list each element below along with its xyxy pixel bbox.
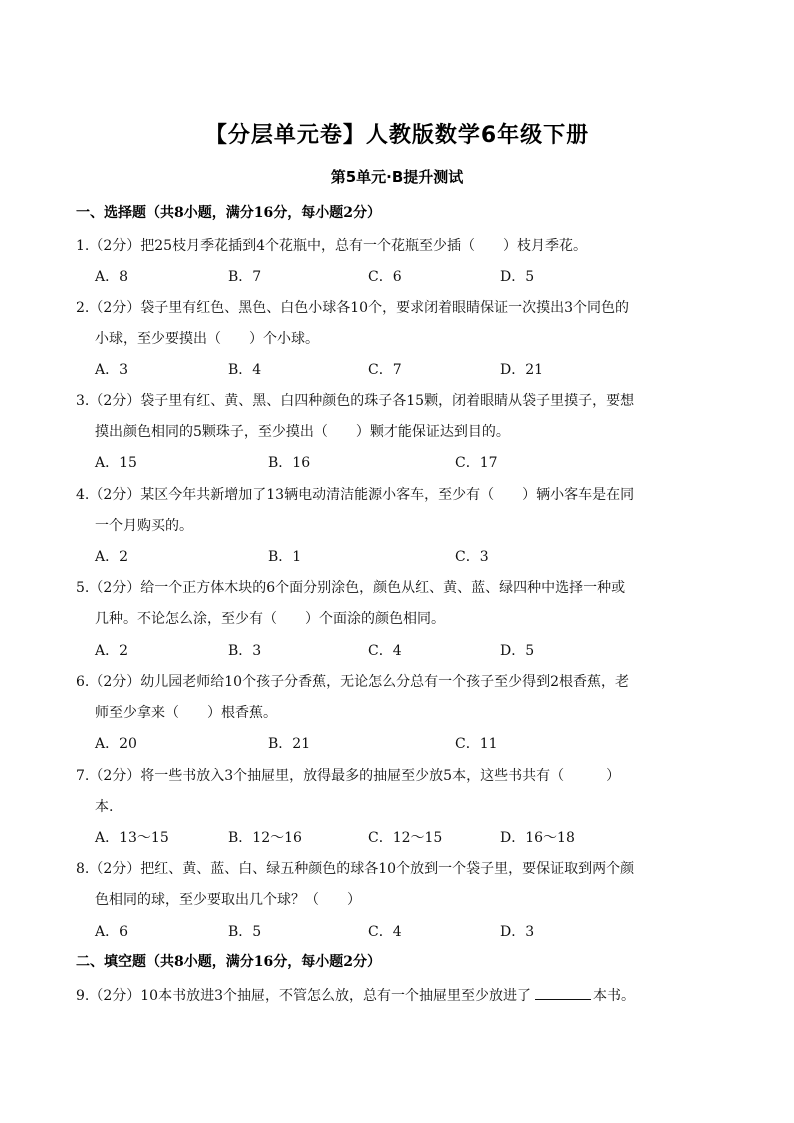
- question-5-text: 5.（2分）给一个正方体木块的6个面分别涂色，颜色从红、黄、蓝、绿四种中选择一种…: [76, 577, 625, 597]
- section-heading-fill-blank: 二、填空题（共8小题，满分16分，每小题2分）: [76, 951, 381, 971]
- q7-option-a[interactable]: A．13～15: [95, 827, 169, 847]
- question-9-suffix: 本书。: [593, 988, 635, 1004]
- q4-option-b[interactable]: B．1: [268, 546, 301, 566]
- q2-option-c[interactable]: C．7: [368, 359, 402, 379]
- q6-option-a[interactable]: A．20: [95, 733, 137, 753]
- answer-blank[interactable]: [535, 985, 591, 1000]
- q2-option-a[interactable]: A．3: [95, 359, 128, 379]
- question-2-text: 2.（2分）袋子里有红色、黑色、白色小球各10个，要求闭着眼睛保证一次摸出3个同…: [76, 297, 629, 317]
- q5-option-c[interactable]: C．4: [368, 640, 402, 660]
- question-5-text-cont: 几种。不论怎么涂，至少有（ ）个面涂的颜色相同。: [95, 608, 445, 628]
- q7-option-c[interactable]: C．12～15: [368, 827, 442, 847]
- question-7-text-cont: 本.: [95, 796, 113, 816]
- question-7-text: 7.（2分）将一些书放入3个抽屉里，放得最多的抽屉至少放5本，这些书共有（ ）: [76, 765, 620, 785]
- q7-option-d[interactable]: D．16～18: [500, 827, 575, 847]
- q8-option-c[interactable]: C．4: [368, 921, 402, 941]
- q6-option-c[interactable]: C．11: [455, 733, 498, 753]
- question-4-text: 4.（2分）某区今年共新增加了13辆电动清洁能源小客车，至少有（ ）辆小客车是在…: [76, 484, 634, 504]
- q1-option-c[interactable]: C．6: [368, 266, 402, 286]
- question-3-text-cont: 摸出颜色相同的5颗珠子，至少摸出（ ）颗才能保证达到目的。: [95, 421, 510, 441]
- q2-option-b[interactable]: B．4: [228, 359, 261, 379]
- q1-option-b[interactable]: B．7: [228, 266, 261, 286]
- q3-option-b[interactable]: B．16: [268, 452, 310, 472]
- q1-option-a[interactable]: A．8: [95, 266, 128, 286]
- question-9-text: 9.（2分）10本书放进3个抽屉，不管怎么放，总有一个抽屉里至少放进了: [76, 988, 531, 1004]
- q1-option-d[interactable]: D．5: [500, 266, 534, 286]
- question-1-text: 1.（2分）把25枝月季花插到4个花瓶中，总有一个花瓶至少插（ ）枝月季花。: [76, 235, 587, 255]
- question-4-text-cont: 一个月购买的。: [95, 515, 193, 535]
- q2-option-d[interactable]: D．21: [500, 359, 543, 379]
- section-heading-choice: 一、选择题（共8小题，满分16分，每小题2分）: [76, 202, 381, 222]
- q4-option-a[interactable]: A．2: [95, 546, 128, 566]
- page-title: 【分层单元卷】人教版数学6年级下册: [0, 118, 794, 149]
- question-2-text-cont: 小球，至少要摸出（ ）个小球。: [95, 328, 319, 348]
- q6-option-b[interactable]: B．21: [268, 733, 310, 753]
- q8-option-d[interactable]: D．3: [500, 921, 534, 941]
- q5-option-a[interactable]: A．2: [95, 640, 128, 660]
- question-6-text-cont: 师至少拿来（ ）根香蕉。: [95, 702, 277, 722]
- q8-option-b[interactable]: B．5: [228, 921, 261, 941]
- q8-option-a[interactable]: A．6: [95, 921, 128, 941]
- q7-option-b[interactable]: B．12～16: [228, 827, 302, 847]
- q4-option-c[interactable]: C．3: [455, 546, 489, 566]
- question-3-text: 3.（2分）袋子里有红、黄、黑、白四种颜色的珠子各15颗，闭着眼睛从袋子里摸子，…: [76, 390, 634, 410]
- q3-option-c[interactable]: C．17: [455, 452, 498, 472]
- page-subtitle: 第5单元·B提升测试: [0, 166, 794, 187]
- q5-option-b[interactable]: B．3: [228, 640, 261, 660]
- q3-option-a[interactable]: A．15: [95, 452, 137, 472]
- question-8-text: 8.（2分）把红、黄、蓝、白、绿五种颜色的球各10个放到一个袋子里，要保证取到两…: [76, 858, 634, 878]
- q5-option-d[interactable]: D．5: [500, 640, 534, 660]
- question-9: 9.（2分）10本书放进3个抽屉，不管怎么放，总有一个抽屉里至少放进了本书。: [76, 985, 635, 1005]
- question-8-text-cont: 色相同的球，至少要取出几个球？（ ）: [95, 889, 361, 909]
- question-6-text: 6.（2分）幼儿园老师给10个孩子分香蕉，无论怎么分总有一个孩子至少得到2根香蕉…: [76, 671, 629, 691]
